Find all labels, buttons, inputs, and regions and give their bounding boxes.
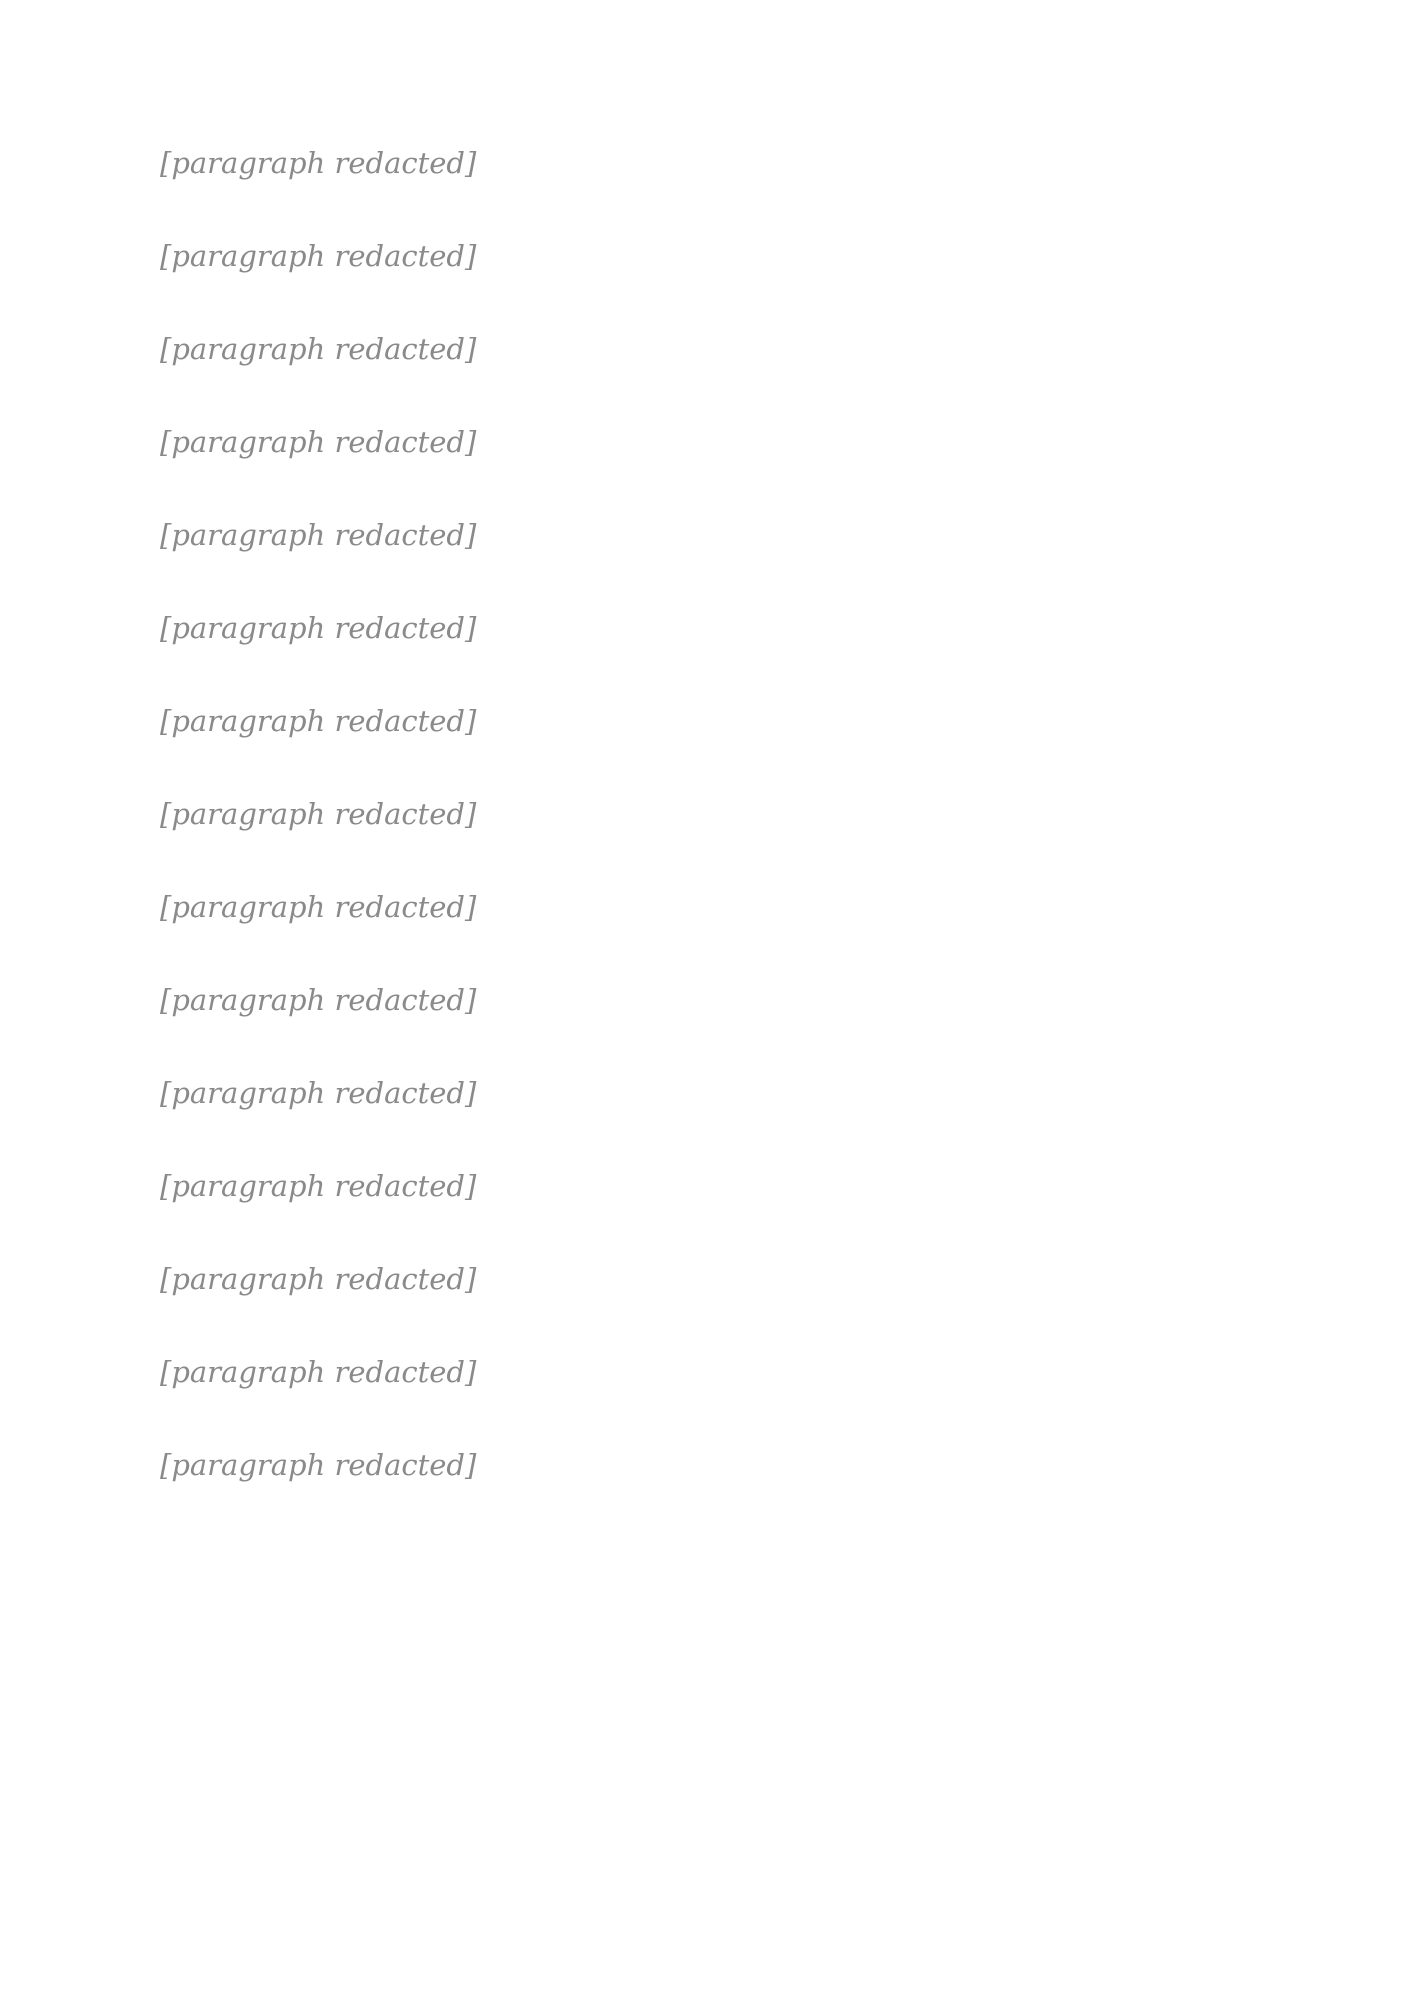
paragraph: [paragraph redacted] bbox=[160, 884, 960, 931]
paragraph: [paragraph redacted] bbox=[160, 512, 960, 559]
paragraph: [paragraph redacted] bbox=[160, 326, 960, 373]
paragraph: [paragraph redacted] bbox=[160, 1349, 960, 1396]
paragraph: [paragraph redacted] bbox=[160, 1070, 960, 1117]
paragraph: [paragraph redacted] bbox=[160, 1256, 960, 1303]
paragraph: [paragraph redacted] bbox=[160, 419, 960, 466]
paragraph: [paragraph redacted] bbox=[160, 791, 960, 838]
paragraph: [paragraph redacted] bbox=[160, 977, 960, 1024]
document-page: [paragraph redacted][paragraph redacted]… bbox=[0, 0, 1415, 2000]
paragraph: [paragraph redacted] bbox=[160, 233, 960, 280]
paragraph: [paragraph redacted] bbox=[160, 698, 960, 745]
paragraph: [paragraph redacted] bbox=[160, 140, 960, 187]
paragraph: [paragraph redacted] bbox=[160, 605, 960, 652]
document-body: [paragraph redacted][paragraph redacted]… bbox=[160, 140, 1155, 1489]
paragraph: [paragraph redacted] bbox=[160, 1163, 960, 1210]
paragraph: [paragraph redacted] bbox=[160, 1442, 960, 1489]
